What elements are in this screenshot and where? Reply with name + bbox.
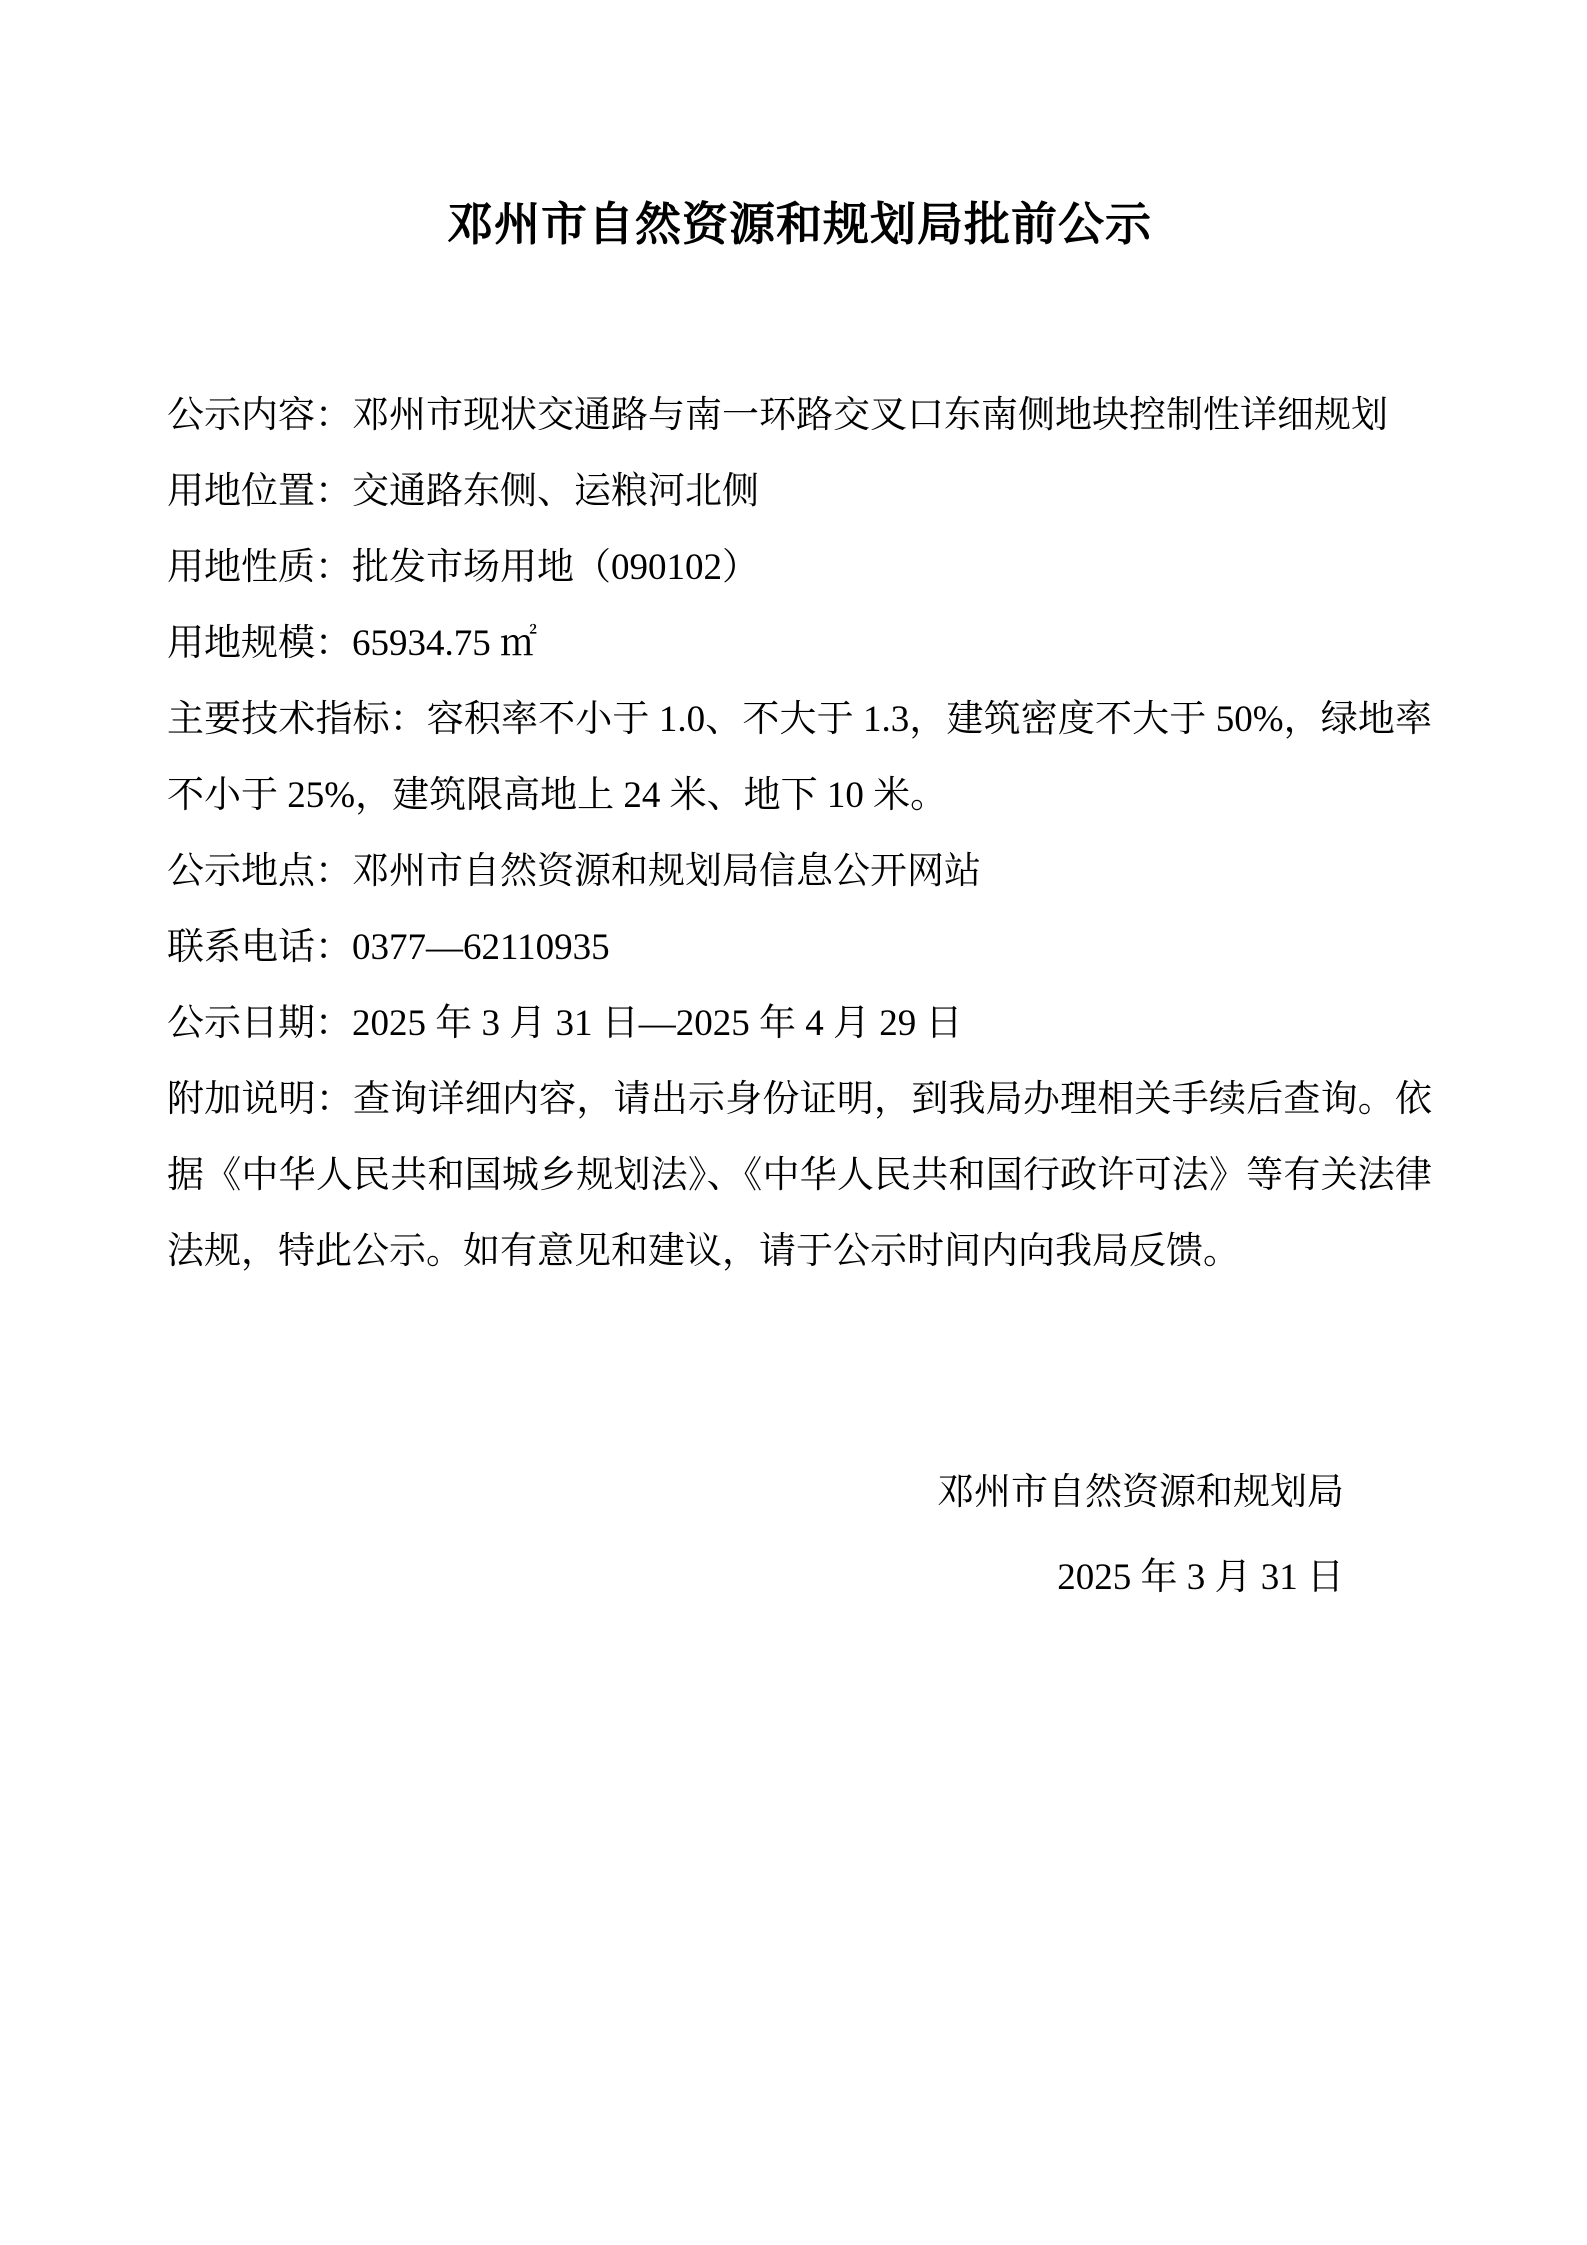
signature-date: 2025 年 3 月 31 日: [167, 1535, 1344, 1620]
field-technical-indicators: 主要技术指标：容积率不小于 1.0、不大于 1.3，建筑密度不大于 50%，绿地…: [167, 682, 1432, 834]
document-title: 邓州市自然资源和规划局批前公示: [167, 190, 1432, 260]
field-land-area: 用地规模：65934.75 ㎡: [167, 606, 1432, 682]
field-notice-dates: 公示日期：2025 年 3 月 31 日—2025 年 4 月 29 日: [167, 986, 1432, 1062]
field-notice-location: 公示地点：邓州市自然资源和规划局信息公开网站: [167, 834, 1432, 910]
signature-block: 邓州市自然资源和规划局 2025 年 3 月 31 日: [167, 1450, 1432, 1620]
notice-page: 邓州市自然资源和规划局批前公示 公示内容：邓州市现状交通路与南一环路交叉口东南侧…: [0, 0, 1587, 2245]
field-land-location: 用地位置：交通路东侧、运粮河北侧: [167, 454, 1432, 530]
field-additional-notes: 附加说明：查询详细内容，请出示身份证明，到我局办理相关手续后查询。依据《中华人民…: [167, 1062, 1432, 1290]
field-contact-phone: 联系电话：0377—62110935: [167, 910, 1432, 986]
signature-org: 邓州市自然资源和规划局: [167, 1450, 1344, 1535]
field-land-use-type: 用地性质：批发市场用地（090102）: [167, 530, 1432, 606]
field-public-notice-content: 公示内容：邓州市现状交通路与南一环路交叉口东南侧地块控制性详细规划: [167, 378, 1432, 454]
notice-body: 公示内容：邓州市现状交通路与南一环路交叉口东南侧地块控制性详细规划 用地位置：交…: [167, 378, 1432, 1290]
